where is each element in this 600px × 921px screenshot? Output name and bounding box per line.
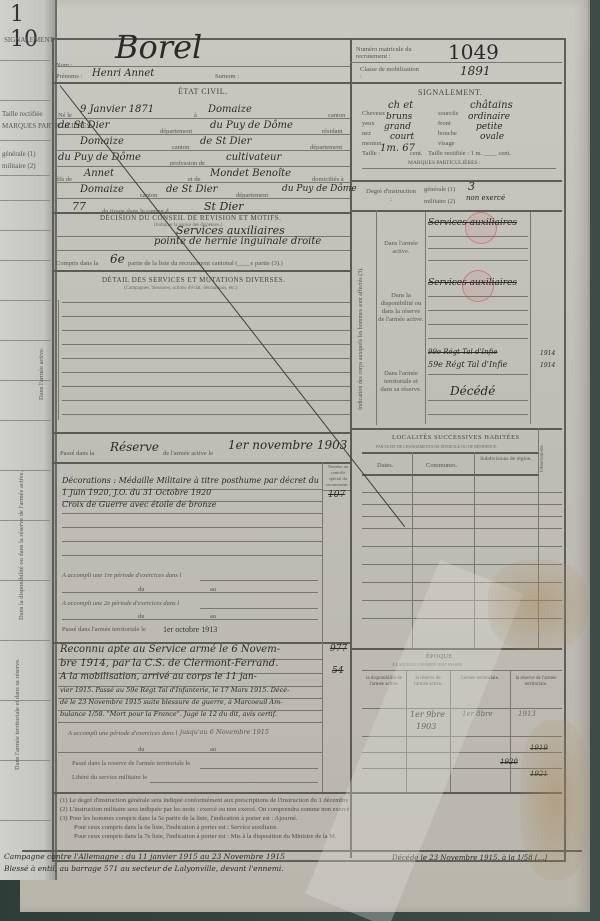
territoriale-periode-label: A accompli une période d'exercices dans … xyxy=(68,730,177,737)
campagne-line-2: Blessé à entil, au barrage 571 au secteu… xyxy=(4,864,284,873)
sourcils-label: sourcils xyxy=(438,110,458,117)
prev-fragment-generale: générale (1) xyxy=(2,150,36,158)
passe-territoriale-label: Passé dans l'armée territoriale le xyxy=(62,626,146,633)
compris-label: Compris dans la xyxy=(56,260,98,267)
prev-fragment-signalement: SIGNALEMENT xyxy=(4,36,54,44)
yeux-label: yeux xyxy=(362,120,375,127)
territoriale-side-label: Dans l'armée territoriale et dans sa rés… xyxy=(14,650,21,770)
departement-value: du Puy de Dôme xyxy=(210,120,293,131)
prev-fragment-militaire: militaire (2) xyxy=(2,162,36,170)
stain-top-right xyxy=(488,560,588,650)
prev-fragment-taille: Taille rectifiée xyxy=(2,110,43,118)
passe-territoriale-value: 1er octobre 1913 xyxy=(163,625,217,634)
territoriale-line-6: bulance 1/58. "Mort pour la France". Jug… xyxy=(60,710,277,718)
decorations-line-1: Décorations : Médaille Militaire à titre… xyxy=(62,476,319,485)
localites-col-dates: Dates. xyxy=(377,462,393,469)
etat-civil-title: ÉTAT CIVIL. xyxy=(178,87,228,96)
visage-value: ovale xyxy=(480,132,504,142)
footnotes: (1) Le degré d'instruction générale sera… xyxy=(60,796,350,841)
disponibilite-value: Services auxiliaires xyxy=(428,278,517,288)
corner-page-number: 1 10 xyxy=(10,2,55,52)
compris-value: 6e xyxy=(110,252,125,266)
classe-value: 1891 xyxy=(460,64,491,78)
ne-le-value: 9 Janvier 1871 xyxy=(80,104,154,115)
localites-subtitle: PAR SUITE DE CHANGEMENTS DE DOMICILE OU … xyxy=(376,444,497,449)
ne-a-value: Domaize xyxy=(208,104,252,115)
footnote-4: Pour ceux compris dans la 6e liste, l'in… xyxy=(60,823,350,832)
front-value: ordinaire xyxy=(468,112,510,122)
compris-suffix: partie de la liste du recrutement canton… xyxy=(128,260,283,267)
localites-col-subdivisions: Subdivisions de région. xyxy=(478,456,534,463)
decede-value: Décédé xyxy=(450,384,495,398)
front-label: front xyxy=(438,120,451,127)
footnote-2: (2) L'instruction militaire sera indiqué… xyxy=(60,805,350,814)
pere-value: Annet xyxy=(84,168,114,179)
instruction-militaire-label: militaire (2) xyxy=(424,198,455,205)
canton-value: de St Dier xyxy=(58,120,109,131)
passe-reserve-label: Passé dans la xyxy=(60,450,94,457)
instruction-generale-label: générale (1) xyxy=(424,186,455,193)
nez-label: nez xyxy=(362,130,371,137)
profession-value: cultivateur xyxy=(226,152,281,163)
departement2-value: du Puy de Dôme xyxy=(58,152,141,163)
degre-instruction-label: Degré d'instruction : xyxy=(366,188,416,204)
numero-controle-label: Numéro au contrôle spécial du recrutemen… xyxy=(324,464,352,488)
canton3-value: de St Dier xyxy=(166,184,217,195)
reserve-date-value: 1er novembre 1903 xyxy=(228,438,347,452)
detail-side-label: Dans l'armée active. xyxy=(38,347,45,400)
marques-particulieres-label: MARQUES PARTICULIÈRES : xyxy=(408,160,481,166)
bouche-value: petite xyxy=(476,122,503,132)
departement3-value: du Puy de Dôme xyxy=(282,184,357,194)
territoriale-code-1: 1914 xyxy=(540,350,555,357)
libere-label: Libéré du service militaire le xyxy=(72,774,147,781)
menton-value: court xyxy=(390,132,414,142)
territoriale-line-2: bre 1914, par la C.S. de Clermont-Ferran… xyxy=(60,658,278,669)
footnote-3: (3) Pour les hommes compris dans la 5e p… xyxy=(60,814,350,823)
domicilies-value: Domaize xyxy=(80,184,124,195)
nez-value: grand xyxy=(384,122,411,132)
numero-controle-value: 107 xyxy=(328,490,345,500)
localites-col-communes: Communes. xyxy=(426,462,457,469)
signalement-title: SIGNALEMENT. xyxy=(418,88,482,97)
stain-bottom-right xyxy=(520,720,590,880)
taille-unit: cent. xyxy=(410,150,422,157)
nom-value: Borel xyxy=(115,28,202,66)
territoriale-corps-label: Dans l'armée territoriale et dans sa rés… xyxy=(378,370,424,394)
numero-matricule-value: 1049 xyxy=(448,40,499,64)
territoriale-line-1: Reconnu apte au Service armé le 6 Novem- xyxy=(60,644,280,655)
armee-active-value: Services auxiliaires xyxy=(428,218,517,228)
epoque-col-reserve-territoriale: la réserve de l'armée territoriale. xyxy=(512,676,560,688)
numero-matricule-label: Numéro matricule du recrutement : xyxy=(356,46,416,60)
territoriale-numero-a: 977 xyxy=(330,644,347,654)
reserve-side-label: Dans la disponibilité ou dans la réserve… xyxy=(18,470,25,620)
canton2-value: de St Dier xyxy=(200,136,251,147)
armee-active-label: Dans l'armée active. xyxy=(378,240,424,256)
footnote-5: Pour ceux compris dans la 7e liste, l'in… xyxy=(60,832,350,841)
corps-affectes-vertical-label: Indication des corps auxquels les hommes… xyxy=(358,267,364,410)
epoque-value-6: 1920 xyxy=(500,758,518,766)
territoriale-numero-b: 54 xyxy=(332,666,343,676)
reserve-territoriale-label: Passé dans la reserve de l'armée territo… xyxy=(72,760,190,767)
territoriale-line-5: dé le 23 Novembre 1915 suite blessure de… xyxy=(60,698,282,706)
sourcils-value: châtains xyxy=(470,100,513,111)
bouche-label: bouche xyxy=(438,130,457,137)
localites-title: LOCALITÉS SUCCESSIVES HABITÉES xyxy=(392,434,520,441)
yeux-value: bruns xyxy=(386,112,412,122)
mere-value: Mondet Benoîte xyxy=(210,168,291,179)
territoriale-line-4: vier 1915. Passé au 59e Régt Tal d'Infan… xyxy=(60,686,289,694)
campagne-line-1: Campagne contre l'Allemagne : du 11 janv… xyxy=(4,852,285,861)
instruction-militaire-value: non exercé xyxy=(466,194,505,202)
armee-active-le-label: de l'armée active le xyxy=(163,450,213,457)
instruction-generale-value: 3 xyxy=(468,180,475,193)
disponibilite-label: Dans la disponibilité ou dans la réserve… xyxy=(378,292,424,324)
decorations-line-2: 1 Juin 1920, J.O. du 31 Octobre 1920 xyxy=(62,488,211,497)
stamp-red-1 xyxy=(465,212,497,244)
epoque-value-4: 1913 xyxy=(518,710,536,718)
territoriale-code-2: 1914 xyxy=(540,362,555,369)
prenoms-label: Prénoms : xyxy=(56,73,82,80)
previous-page-edge: 1 10 SIGNALEMENT Taille rectifiée MARQUE… xyxy=(0,0,57,880)
surnom-label: Surnom : xyxy=(215,73,239,80)
prenoms-value: Henri Annet xyxy=(92,68,154,79)
decision-conseil-title: DÉCISION DU CONSEIL DE REVISION ET MOTIF… xyxy=(100,214,281,222)
territoriale-line-3: A la mobilisation, arrivé au corps le 11… xyxy=(60,672,257,682)
menton-label: menton xyxy=(362,140,382,147)
classe-label: Classe de mobilisation : xyxy=(360,66,420,80)
territoriale-corps-line-1: 99e Régt Tal d'Infie xyxy=(428,348,497,356)
detail-services-title: DÉTAIL DES SERVICES ET MUTATIONS DIVERSE… xyxy=(102,276,285,284)
cheveux-value: ch et xyxy=(388,100,413,111)
decorations-line-3: Croix de Guerre avec étoile de bronze xyxy=(62,500,216,509)
passe-reserve-value: Réserve xyxy=(110,440,159,454)
periode1-label: A accompli une 1re période d'exercices d… xyxy=(62,572,181,579)
territoriale-periode-value: jusqu'au 6 Novembre 1915 xyxy=(180,728,269,736)
territoriale-corps-line-2: 59e Régt Tal d'Infie xyxy=(428,360,507,369)
footnote-1: (1) Le degré d'instruction générale sera… xyxy=(60,796,350,805)
cheveux-label: Cheveux xyxy=(362,110,385,117)
taille-rectifiee-label: Taille rectifiée : 1 m. ____ cent. xyxy=(428,150,511,157)
periode2-label: A accompli une 2e période d'exercices da… xyxy=(62,600,179,607)
taille-label: Taille : xyxy=(362,150,380,157)
observations-label: Observations. xyxy=(540,444,545,472)
visage-label: visage xyxy=(438,140,455,147)
